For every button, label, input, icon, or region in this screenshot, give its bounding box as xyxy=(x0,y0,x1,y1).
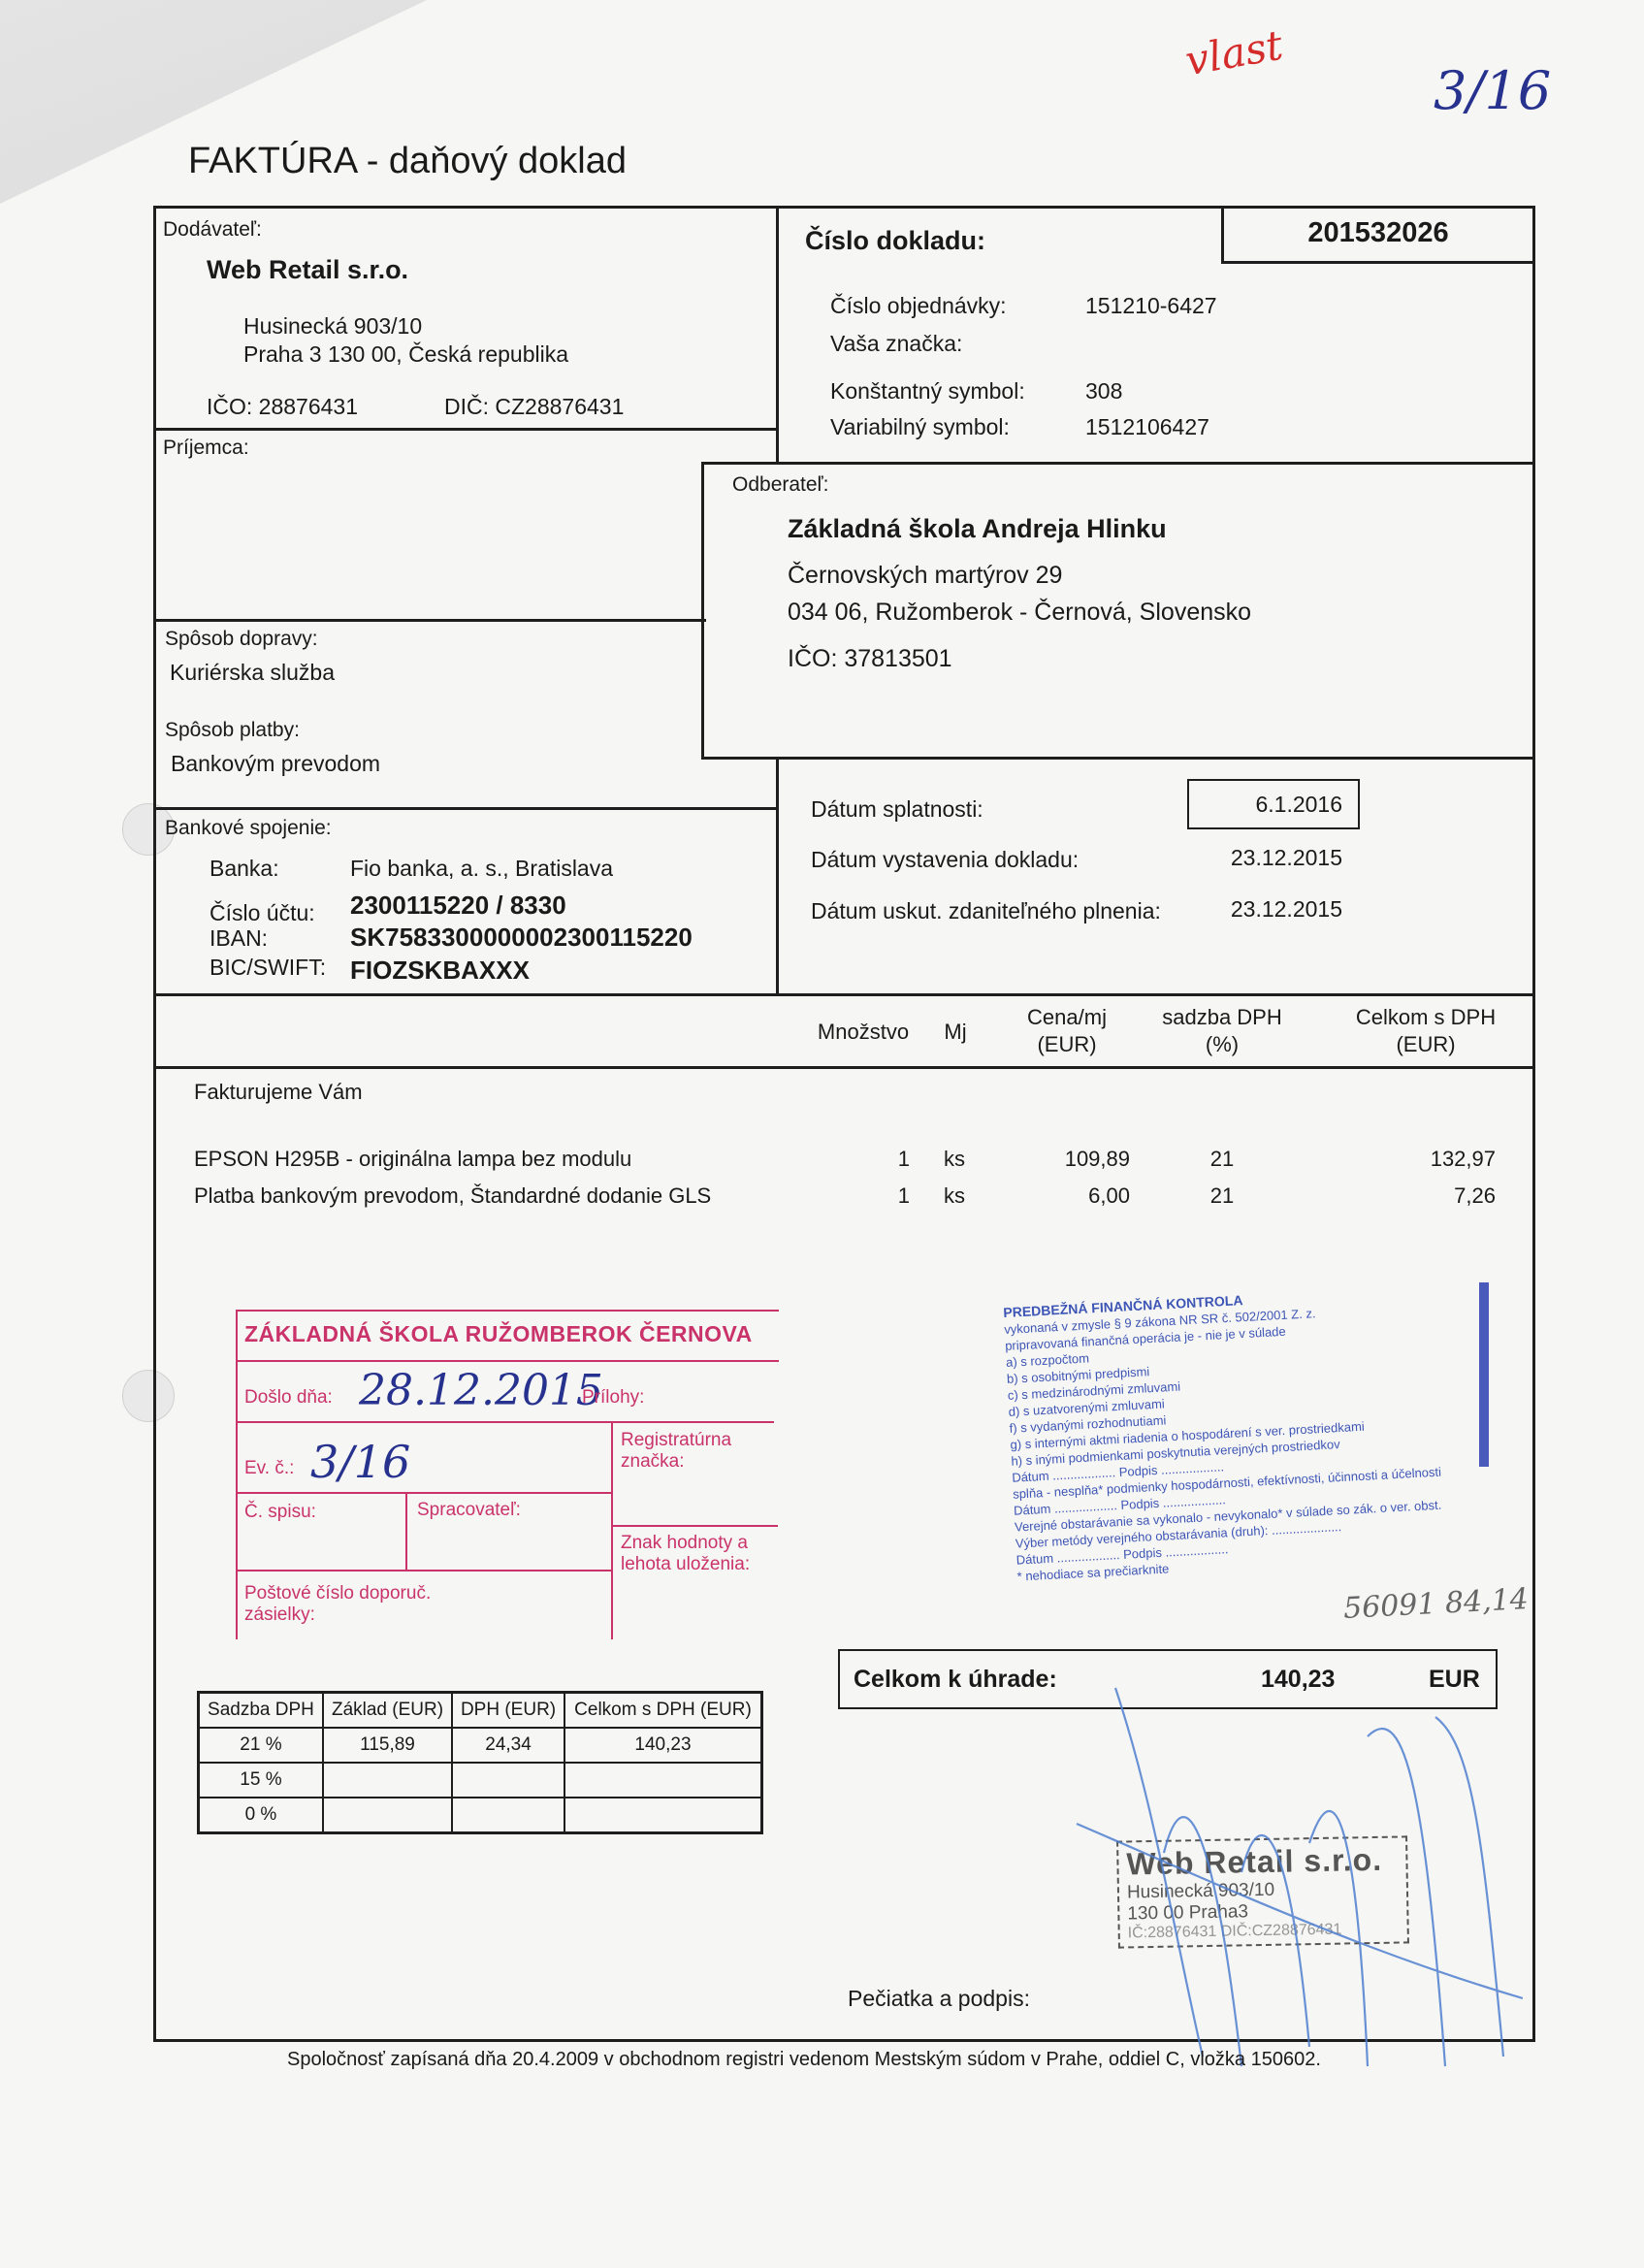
document-number-wrap: 201532026 xyxy=(1221,217,1535,249)
constant-symbol-value: 308 xyxy=(1085,378,1122,405)
vat-header-base: Základ (EUR) xyxy=(323,1693,452,1729)
retention-label: Znak hodnoty a lehota uloženia: xyxy=(621,1533,757,1575)
order-number-label: Číslo objednávky: xyxy=(830,293,1007,319)
order-number-value: 151210-6427 xyxy=(1085,293,1217,319)
vat-rate: 0 % xyxy=(199,1798,323,1833)
item-quantity: 1 xyxy=(854,1147,910,1172)
vat-header-total: Celkom s DPH (EUR) xyxy=(564,1693,762,1729)
customer-ico: IČO: 37813501 xyxy=(788,645,952,673)
vat-rate: 15 % xyxy=(199,1763,323,1798)
stamp-edge-mark xyxy=(1479,1282,1489,1467)
item-description: EPSON H295B - originálna lampa bez modul… xyxy=(194,1147,631,1172)
taxable-date-label: Dátum uskut. zdaniteľného plnenia: xyxy=(811,898,1161,924)
divider xyxy=(236,1360,779,1362)
received-date-label: Došlo dňa: xyxy=(244,1387,333,1409)
divider xyxy=(153,428,778,431)
divider xyxy=(236,1492,612,1494)
supplier-address-line2: Praha 3 130 00, Česká republika xyxy=(243,341,568,368)
supplier-label: Dodávateľ: xyxy=(163,218,262,242)
divider xyxy=(611,1421,613,1639)
divider xyxy=(236,1421,774,1423)
bic-value: FIOZSKBAXXX xyxy=(350,956,530,986)
registry-stamp: ZÁKLADNÁ ŠKOLA RUŽOMBEROK ČERNOVA Došlo … xyxy=(233,1300,781,1649)
column-header-vat-rate: sadzba DPH (%) xyxy=(1144,1004,1300,1058)
vat-summary-table: Sadzba DPH Základ (EUR) DPH (EUR) Celkom… xyxy=(197,1691,763,1834)
column-header-unit: Mj xyxy=(936,1019,975,1046)
vat-header-vat: DPH (EUR) xyxy=(452,1693,564,1729)
divider xyxy=(153,993,1535,996)
supplier-name: Web Retail s.r.o. xyxy=(207,255,408,285)
variable-symbol-label: Variabilný symbol: xyxy=(830,414,1010,440)
item-unit: ks xyxy=(944,1183,965,1209)
variable-symbol-value: 1512106427 xyxy=(1085,414,1209,440)
file-number-label: Č. spisu: xyxy=(244,1502,316,1523)
item-total: 132,97 xyxy=(1377,1147,1496,1172)
vat-base: 115,89 xyxy=(323,1728,452,1763)
supplier-ico: IČO: 28876431 xyxy=(207,394,358,420)
bank-name-value: Fio banka, a. s., Bratislava xyxy=(350,856,613,882)
vat-base xyxy=(323,1763,452,1798)
customer-address-line2: 034 06, Ružomberok - Černová, Slovensko xyxy=(788,599,1251,627)
your-reference-label: Vaša značka: xyxy=(830,331,962,357)
table-row: 21 % 115,89 24,34 140,23 xyxy=(199,1728,762,1763)
financial-control-stamp: PREDBEŽNÁ FINANČNÁ KONTROLA vykonaná v z… xyxy=(1003,1279,1521,1585)
divider xyxy=(405,1492,407,1570)
bank-name-label: Banka: xyxy=(210,856,279,882)
divider xyxy=(776,206,779,463)
vat-amount: 24,34 xyxy=(452,1728,564,1763)
ev-number-value: 3/16 xyxy=(310,1436,410,1488)
item-unit-price: 109,89 xyxy=(1018,1147,1130,1172)
customer-name: Základná škola Andreja Hlinku xyxy=(788,514,1167,544)
taxable-date-value: 23.12.2015 xyxy=(1187,896,1342,923)
signature-scribble xyxy=(1018,1659,1523,2076)
vat-rate: 21 % xyxy=(199,1728,323,1763)
received-date-value: 28.12.2015 xyxy=(359,1366,603,1415)
divider xyxy=(236,1570,612,1571)
customer-label: Odberateľ: xyxy=(732,473,829,497)
column-header-quantity: Množstvo xyxy=(805,1019,921,1046)
item-description: Platba bankovým prevodom, Štandardné dod… xyxy=(194,1183,711,1209)
account-number-label: Číslo účtu: xyxy=(210,900,315,926)
registration-number-annotation: 3/16 xyxy=(1434,60,1551,121)
iban-label: IBAN: xyxy=(210,925,268,952)
document-number: 201532026 xyxy=(1221,217,1535,249)
issue-date-value: 23.12.2015 xyxy=(1187,845,1342,871)
column-header-total: Celkom s DPH (EUR) xyxy=(1338,1004,1513,1058)
item-vat-rate: 21 xyxy=(1183,1183,1261,1209)
vat-total xyxy=(564,1798,762,1833)
item-quantity: 1 xyxy=(854,1183,910,1209)
supplier-address-line1: Husinecká 903/10 xyxy=(243,313,422,340)
vat-header-rate: Sadzba DPH xyxy=(199,1693,323,1729)
ev-number-label: Ev. č.: xyxy=(244,1458,294,1479)
due-date-value: 6.1.2016 xyxy=(1187,792,1342,818)
vat-amount xyxy=(452,1798,564,1833)
supplier-dic: DIČ: CZ28876431 xyxy=(444,394,624,420)
table-row: 0 % xyxy=(199,1798,762,1833)
item-total: 7,26 xyxy=(1377,1183,1496,1209)
divider xyxy=(153,1066,1535,1069)
column-header-unit-price: Cena/mj (EUR) xyxy=(1004,1004,1130,1058)
item-unit-price: 6,00 xyxy=(1018,1183,1130,1209)
signature-label: Pečiatka a podpis: xyxy=(848,1986,1030,2012)
account-number-value: 2300115220 / 8330 xyxy=(350,891,566,921)
table-header-row: Sadzba DPH Základ (EUR) DPH (EUR) Celkom… xyxy=(199,1693,762,1729)
divider xyxy=(613,1525,778,1527)
recipient-label: Príjemca: xyxy=(163,437,249,460)
vat-base xyxy=(323,1798,452,1833)
customer-address-line1: Černovských martýrov 29 xyxy=(788,562,1062,590)
constant-symbol-label: Konštantný symbol: xyxy=(830,378,1025,405)
bic-label: BIC/SWIFT: xyxy=(210,955,326,981)
processor-label: Spracovateľ: xyxy=(417,1500,521,1521)
vat-total xyxy=(564,1763,762,1798)
payment-label: Spôsob platby: xyxy=(165,719,300,742)
payment-value: Bankovým prevodom xyxy=(171,751,380,777)
iban-value: SK7583300000002300115220 xyxy=(350,923,693,953)
shipping-value: Kuriérska služba xyxy=(170,660,335,686)
postal-number-label: Poštové číslo doporuč. zásielky: xyxy=(244,1583,438,1626)
document-number-label: Číslo dokladu: xyxy=(805,226,985,256)
bank-label: Bankové spojenie: xyxy=(165,817,332,840)
divider xyxy=(153,807,778,810)
due-date-label: Dátum splatnosti: xyxy=(811,796,983,823)
vat-total: 140,23 xyxy=(564,1728,762,1763)
stamp-school-name: ZÁKLADNÁ ŠKOLA RUŽOMBEROK ČERNOVA xyxy=(244,1321,753,1347)
item-vat-rate: 21 xyxy=(1183,1147,1261,1172)
table-row: 15 % xyxy=(199,1763,762,1798)
issue-date-label: Dátum vystavenia dokladu: xyxy=(811,847,1079,873)
document-title: FAKTÚRA - daňový doklad xyxy=(188,141,627,182)
attachments-label: Prílohy: xyxy=(582,1387,644,1409)
item-unit: ks xyxy=(944,1147,965,1172)
divider xyxy=(153,619,706,622)
footer-registration: Spoločnosť zapísaná dňa 20.4.2009 v obch… xyxy=(287,2049,1321,2071)
shipping-label: Spôsob dopravy: xyxy=(165,628,318,651)
divider xyxy=(776,760,779,994)
vat-amount xyxy=(452,1763,564,1798)
items-intro: Fakturujeme Vám xyxy=(194,1080,363,1105)
registry-mark-label: Registratúrna značka: xyxy=(621,1430,766,1473)
